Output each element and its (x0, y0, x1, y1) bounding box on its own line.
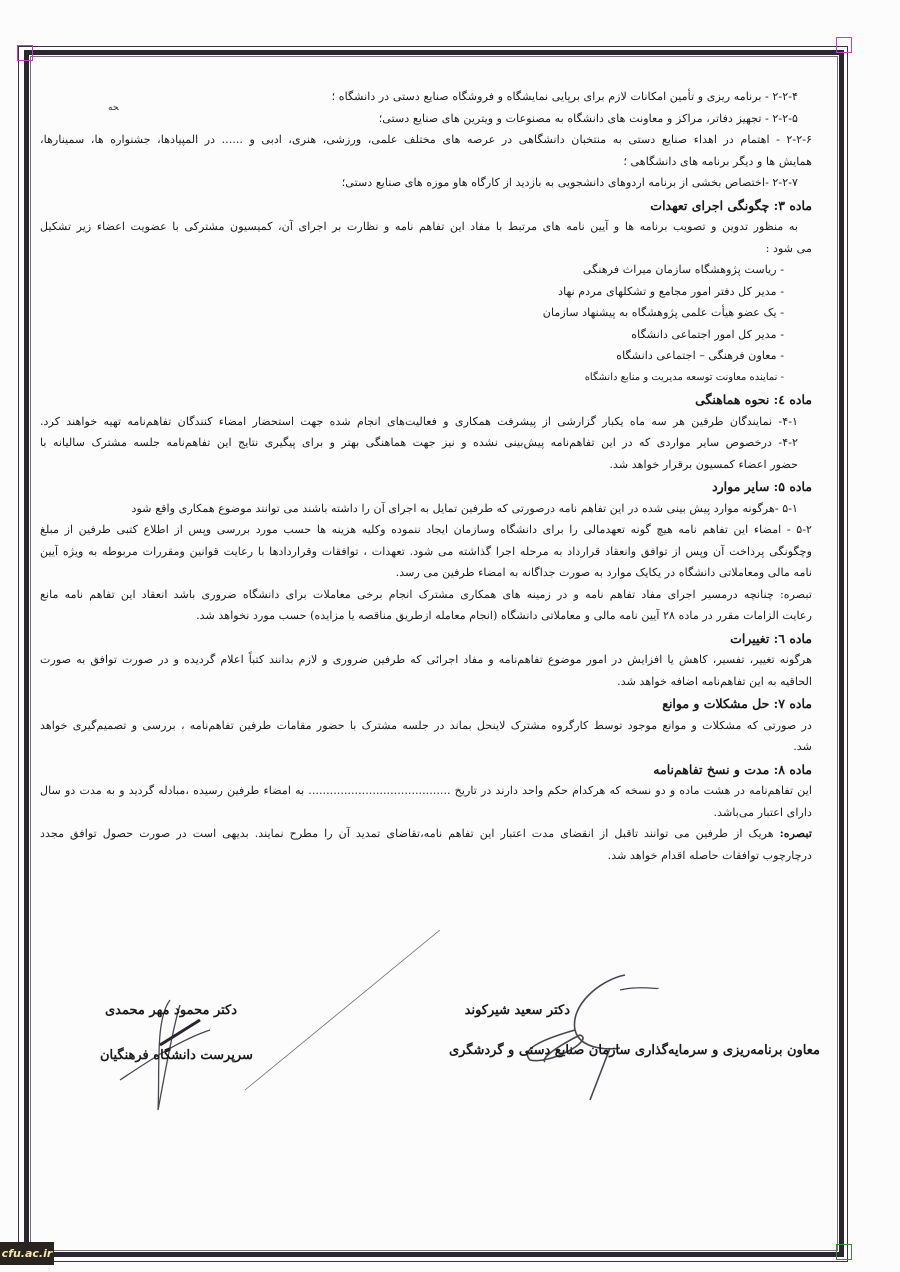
committee-member: - معاون فرهنگی – اجتماعی دانشگاه (40, 345, 812, 367)
note-text: هریک از طرفین می توانند تاقبل از انقضای … (40, 827, 780, 840)
article-7-heading: ماده ۷: حل مشکلات و موانع (40, 693, 812, 715)
committee-member: - مدیر کل دفتر امور مجامع و تشکلهای مردم… (40, 281, 812, 303)
article-5-clause-2-cont: نامه مالی ومعاملاتی دانشگاه در یکایک موا… (40, 562, 812, 584)
list-item-2-2-6-cont: همایش ها و دیگر برنامه های دانشگاهی ؛ (40, 151, 812, 173)
signatory-left-name: دکتر محمود مهر محمدی (105, 1003, 237, 1018)
committee-member: - ریاست پژوهشگاه سازمان میراث فرهنگی (40, 259, 812, 281)
article-8-text: این تفاهم‌نامه در هشت ماده و دو نسخه که … (40, 780, 812, 802)
article-8-note: تبصره: هریک از طرفین می توانند تاقبل از … (40, 823, 812, 845)
signatory-right-name: دکتر سعید شیرکوند (465, 1003, 570, 1018)
article-5-note-cont: رعایت الزامات مقرر در ماده ۲۸ آیین نامه … (40, 605, 812, 627)
article-3-heading: ماده ۳: چگونگی اجرای تعهدات (40, 195, 812, 217)
article-8-text-cont: دارای اعتبار می‌باشد. (40, 802, 812, 824)
article-3-intro-cont: می شود : (40, 238, 812, 260)
document-body: ۲-۲-۴ - برنامه ریزی و تأمین امکانات لازم… (40, 86, 812, 866)
article-5-clause-2: ۵-۲ - امضاء این تفاهم نامه هیچ گونه تعهد… (40, 519, 812, 541)
article-6-text-cont: الحاقیه به این تفاهم‌نامه اضافه خواهد شد… (40, 671, 812, 693)
article-4-clause-1: ۴-۱- نمایندگان طرفین هر سه ماه یکبار گزا… (40, 411, 812, 433)
article-8-heading: ماده ۸: مدت و نسخ تفاهم‌نامه (40, 759, 812, 781)
list-item-2-2-6: ۲-۲-۶ - اهتمام در اهداء صنایع دستی به من… (40, 129, 812, 151)
signature-scribble-right (240, 930, 840, 1130)
article-3-intro: به منظور تدوین و تصویب برنامه ها و آیین … (40, 216, 812, 238)
list-item-2-2-7: ۲-۲-۷ -اختصاص بخشی از برنامه اردوهای دان… (40, 172, 812, 194)
border-corner-top-right (836, 37, 852, 53)
signatory-left-title: سرپرست دانشگاه فرهنگیان (100, 1048, 253, 1063)
committee-member: - یک عضو هیأت علمی پژوهشگاه به پیشنهاد س… (40, 302, 812, 324)
article-8-note-cont: درچارچوب توافقات حاصله اقدام خواهد شد. (40, 845, 812, 867)
article-7-text-cont: شد. (40, 736, 812, 758)
list-item-2-2-4: ۲-۲-۴ - برنامه ریزی و تأمین امکانات لازم… (40, 86, 812, 108)
article-5-heading: ماده ۵: سایر موارد (40, 476, 812, 498)
article-4-heading: ماده ٤: نحوه هماهنگی (40, 389, 812, 411)
article-7-text: در صورتی که مشکلات و موانع موجود توسط کا… (40, 715, 812, 737)
border-corner-bottom-right (836, 1244, 852, 1260)
article-5-clause-1: ۵-۱ -هرگونه موارد پیش بینی شده در این تف… (40, 498, 812, 520)
list-item-2-2-5: ۲-۲-۵ - تجهیز دفاتر، مراکز و معاونت های … (40, 108, 812, 130)
article-6-heading: ماده ٦: تغییرات (40, 628, 812, 650)
border-corner-top-left (17, 45, 33, 61)
signatory-right-title: معاون برنامه‌ریزی و سرمایه‌گذاری سازمان … (449, 1043, 820, 1058)
article-6-text: هرگونه تغییر، تفسیر، کاهش یا افزایش در ا… (40, 649, 812, 671)
site-watermark: cfu.ac.ir (0, 1242, 54, 1265)
committee-member: - نماینده معاونت توسعه مدیریت و منابع دا… (40, 367, 812, 389)
article-4-clause-2-cont: حضور اعضاء کمسیون برقرار خواهد شد. (40, 454, 812, 476)
article-5-clause-2-cont: وچگونگی پرداخت آن وپس از توافق وانعقاد ق… (40, 541, 812, 563)
article-4-clause-2: ۴-۲- درخصوص سایر مواردی که در این تفاهم‌… (40, 432, 812, 454)
article-5-note: تبصره: چنانچه درمسیر اجرای مفاد تفاهم نا… (40, 584, 812, 606)
note-label: تبصره: (780, 826, 812, 840)
committee-member: - مدیر کل امور اجتماعی دانشگاه (40, 324, 812, 346)
